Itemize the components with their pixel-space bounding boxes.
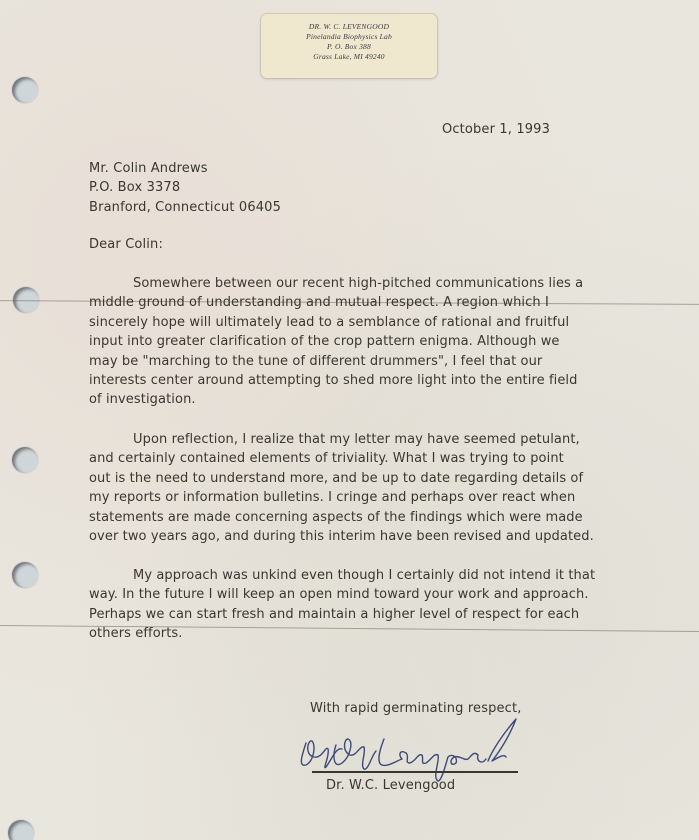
- paragraph-line: Somewhere between our recent high-pitche…: [89, 274, 583, 293]
- label-line: Grass Lake, MI 49240: [261, 52, 437, 62]
- paragraph-line: may be "marching to the tune of differen…: [89, 352, 583, 371]
- body-paragraph-1: Somewhere between our recent high-pitche…: [89, 274, 583, 410]
- paragraph-line: middle ground of understanding and mutua…: [89, 293, 583, 312]
- body-paragraph-2: Upon reflection, I realize that my lette…: [89, 430, 594, 546]
- paragraph-line: over two years ago, and during this inte…: [89, 527, 594, 546]
- label-line: Pinelandia Biophysics Lab: [261, 32, 437, 42]
- signature-line: [312, 771, 518, 773]
- salutation: Dear Colin:: [89, 235, 163, 254]
- binder-hole: [12, 77, 38, 103]
- paragraph-line: Perhaps we can start fresh and maintain …: [89, 605, 595, 624]
- signer-name: Dr. W.C. Levengood: [326, 776, 455, 795]
- paragraph-line: Upon reflection, I realize that my lette…: [89, 430, 594, 449]
- binder-hole: [12, 562, 38, 588]
- paragraph-line: statements are made concerning aspects o…: [89, 508, 594, 527]
- paragraph-line: my reports or information bulletins. I c…: [89, 488, 594, 507]
- paragraph-line: input into greater clarification of the …: [89, 332, 583, 351]
- paragraph-line: and certainly contained elements of triv…: [89, 449, 594, 468]
- paragraph-line: way. In the future I will keep an open m…: [89, 585, 595, 604]
- label-line: P. O. Box 388: [261, 42, 437, 52]
- paragraph-line: sincerely hope will ultimately lead to a…: [89, 313, 583, 332]
- letterhead-address-label: DR. W. C. LEVENGOOD Pinelandia Biophysic…: [261, 14, 437, 78]
- label-line: DR. W. C. LEVENGOOD: [261, 22, 437, 32]
- paragraph-line: of investigation.: [89, 390, 583, 409]
- recipient-address: Mr. Colin Andrews P.O. Box 3378 Branford…: [89, 159, 281, 217]
- recipient-name: Mr. Colin Andrews: [89, 159, 281, 178]
- body-paragraph-3: My approach was unkind even though I cer…: [89, 566, 595, 644]
- paragraph-line: others efforts.: [89, 624, 595, 643]
- binder-hole: [8, 820, 34, 840]
- paragraph-line: interests center around attempting to sh…: [89, 371, 583, 390]
- recipient-address-line: Branford, Connecticut 06405: [89, 198, 281, 217]
- paragraph-line: My approach was unkind even though I cer…: [89, 566, 595, 585]
- binder-hole: [12, 447, 38, 473]
- paragraph-line: out is the need to understand more, and …: [89, 469, 594, 488]
- signature-icon: [292, 715, 532, 785]
- recipient-address-line: P.O. Box 3378: [89, 178, 281, 197]
- letter-date: October 1, 1993: [442, 120, 550, 139]
